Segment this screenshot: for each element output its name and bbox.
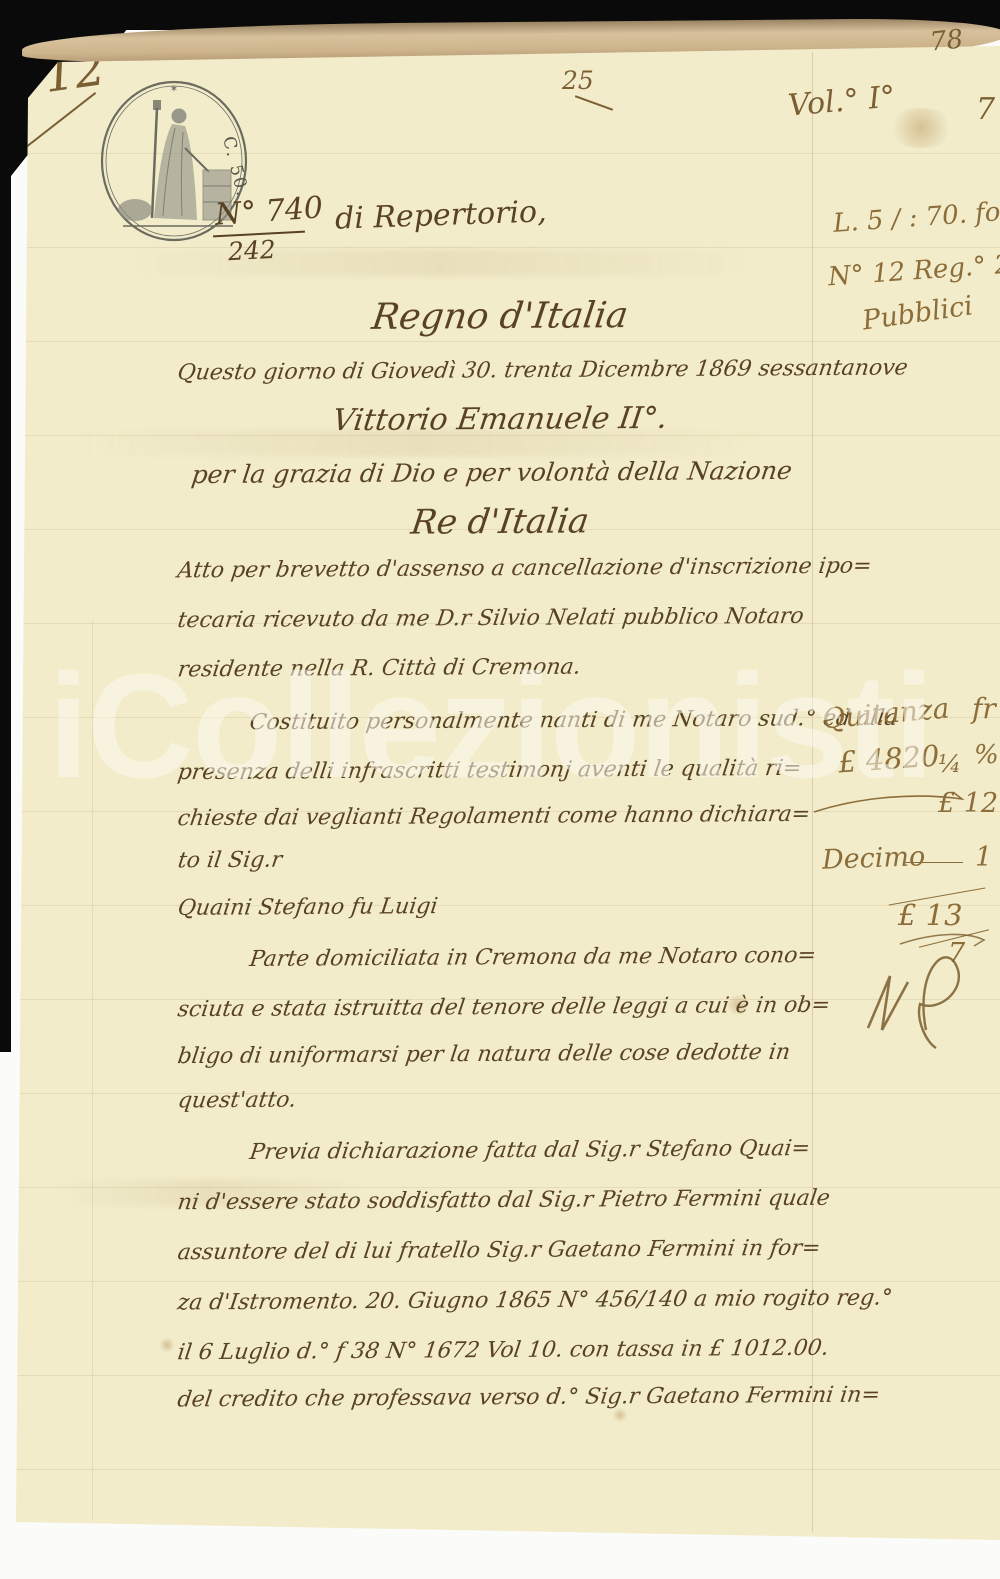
repertorio-label: di Repertorio, <box>334 194 547 236</box>
body-line: del credito che professava verso d.° Sig… <box>176 1383 882 1413</box>
party-name-line: Quaini Stefano fu Luigi <box>176 894 439 921</box>
roll-mark: 78 <box>929 24 965 57</box>
body-line: tecaria ricevuto da me D.r Silvio Nelati… <box>176 604 805 633</box>
svg-text:✶: ✶ <box>170 84 178 95</box>
margin-decimo-value: 1 <box>975 842 992 873</box>
body-line: Previa dichiarazione fatta dal Sig.r Ste… <box>248 1136 812 1165</box>
foxing-spot <box>612 1408 628 1422</box>
margin-fraction: ¼ <box>938 750 961 778</box>
foxing-spot <box>158 1338 176 1352</box>
ink-bleedthrough <box>120 250 760 276</box>
body-line: to il Sig.r <box>176 848 283 874</box>
notary-paraph-icon <box>856 930 996 1060</box>
edge-number: 7 <box>976 92 995 127</box>
margin-quitanza-cut: fr <box>972 692 996 725</box>
grace-line: per la grazia di Dio e per volontà della… <box>190 456 794 489</box>
margin-decimo: Decimo <box>821 841 925 876</box>
body-line: assuntore del di lui fratello Sig.r Gaet… <box>176 1236 822 1265</box>
re-italia-line: Re d'Italia <box>167 500 833 545</box>
document-title: Regno d'Italia <box>167 294 833 340</box>
body-line: Parte domiciliata in Cremona da me Notar… <box>248 943 818 972</box>
scan-background-left <box>0 0 11 1052</box>
body-line: Atto per brevetto d'assenso a cancellazi… <box>176 554 873 584</box>
repertorio-subnumber: 242 <box>227 235 276 266</box>
body-line: bligo di uniformarsi per la natura delle… <box>176 1040 792 1069</box>
watermark: iCollezionisti <box>48 642 933 812</box>
margin-lire13: £ 13 <box>898 898 963 932</box>
repertorio-number: N° 740 <box>214 190 324 232</box>
body-line: quest'atto. <box>176 1088 298 1114</box>
body-line: il 6 Luglio d.° f 38 N° 1672 Vol 10. con… <box>176 1336 830 1366</box>
page-number: 25 <box>562 66 594 95</box>
document-page: 12 ✶ C. 50. N° 740 242 di Repertorio, 25… <box>0 0 1000 1579</box>
margin-decimo-dash <box>905 862 963 863</box>
margin-percent: % <box>974 740 999 770</box>
margin-lire12: £ 12 <box>938 788 998 819</box>
body-line: ni d'essere stato soddisfatto dal Sig.r … <box>176 1186 831 1216</box>
king-line: Vittorio Emanuele II°. <box>167 400 832 440</box>
date-line: Questo giorno di Giovedì 30. trenta Dice… <box>176 355 909 385</box>
body-line: za d'Istromento. 20. Giugno 1865 N° 456/… <box>176 1286 894 1316</box>
body-line: sciuta e stata istruitta del tenore dell… <box>176 993 832 1023</box>
